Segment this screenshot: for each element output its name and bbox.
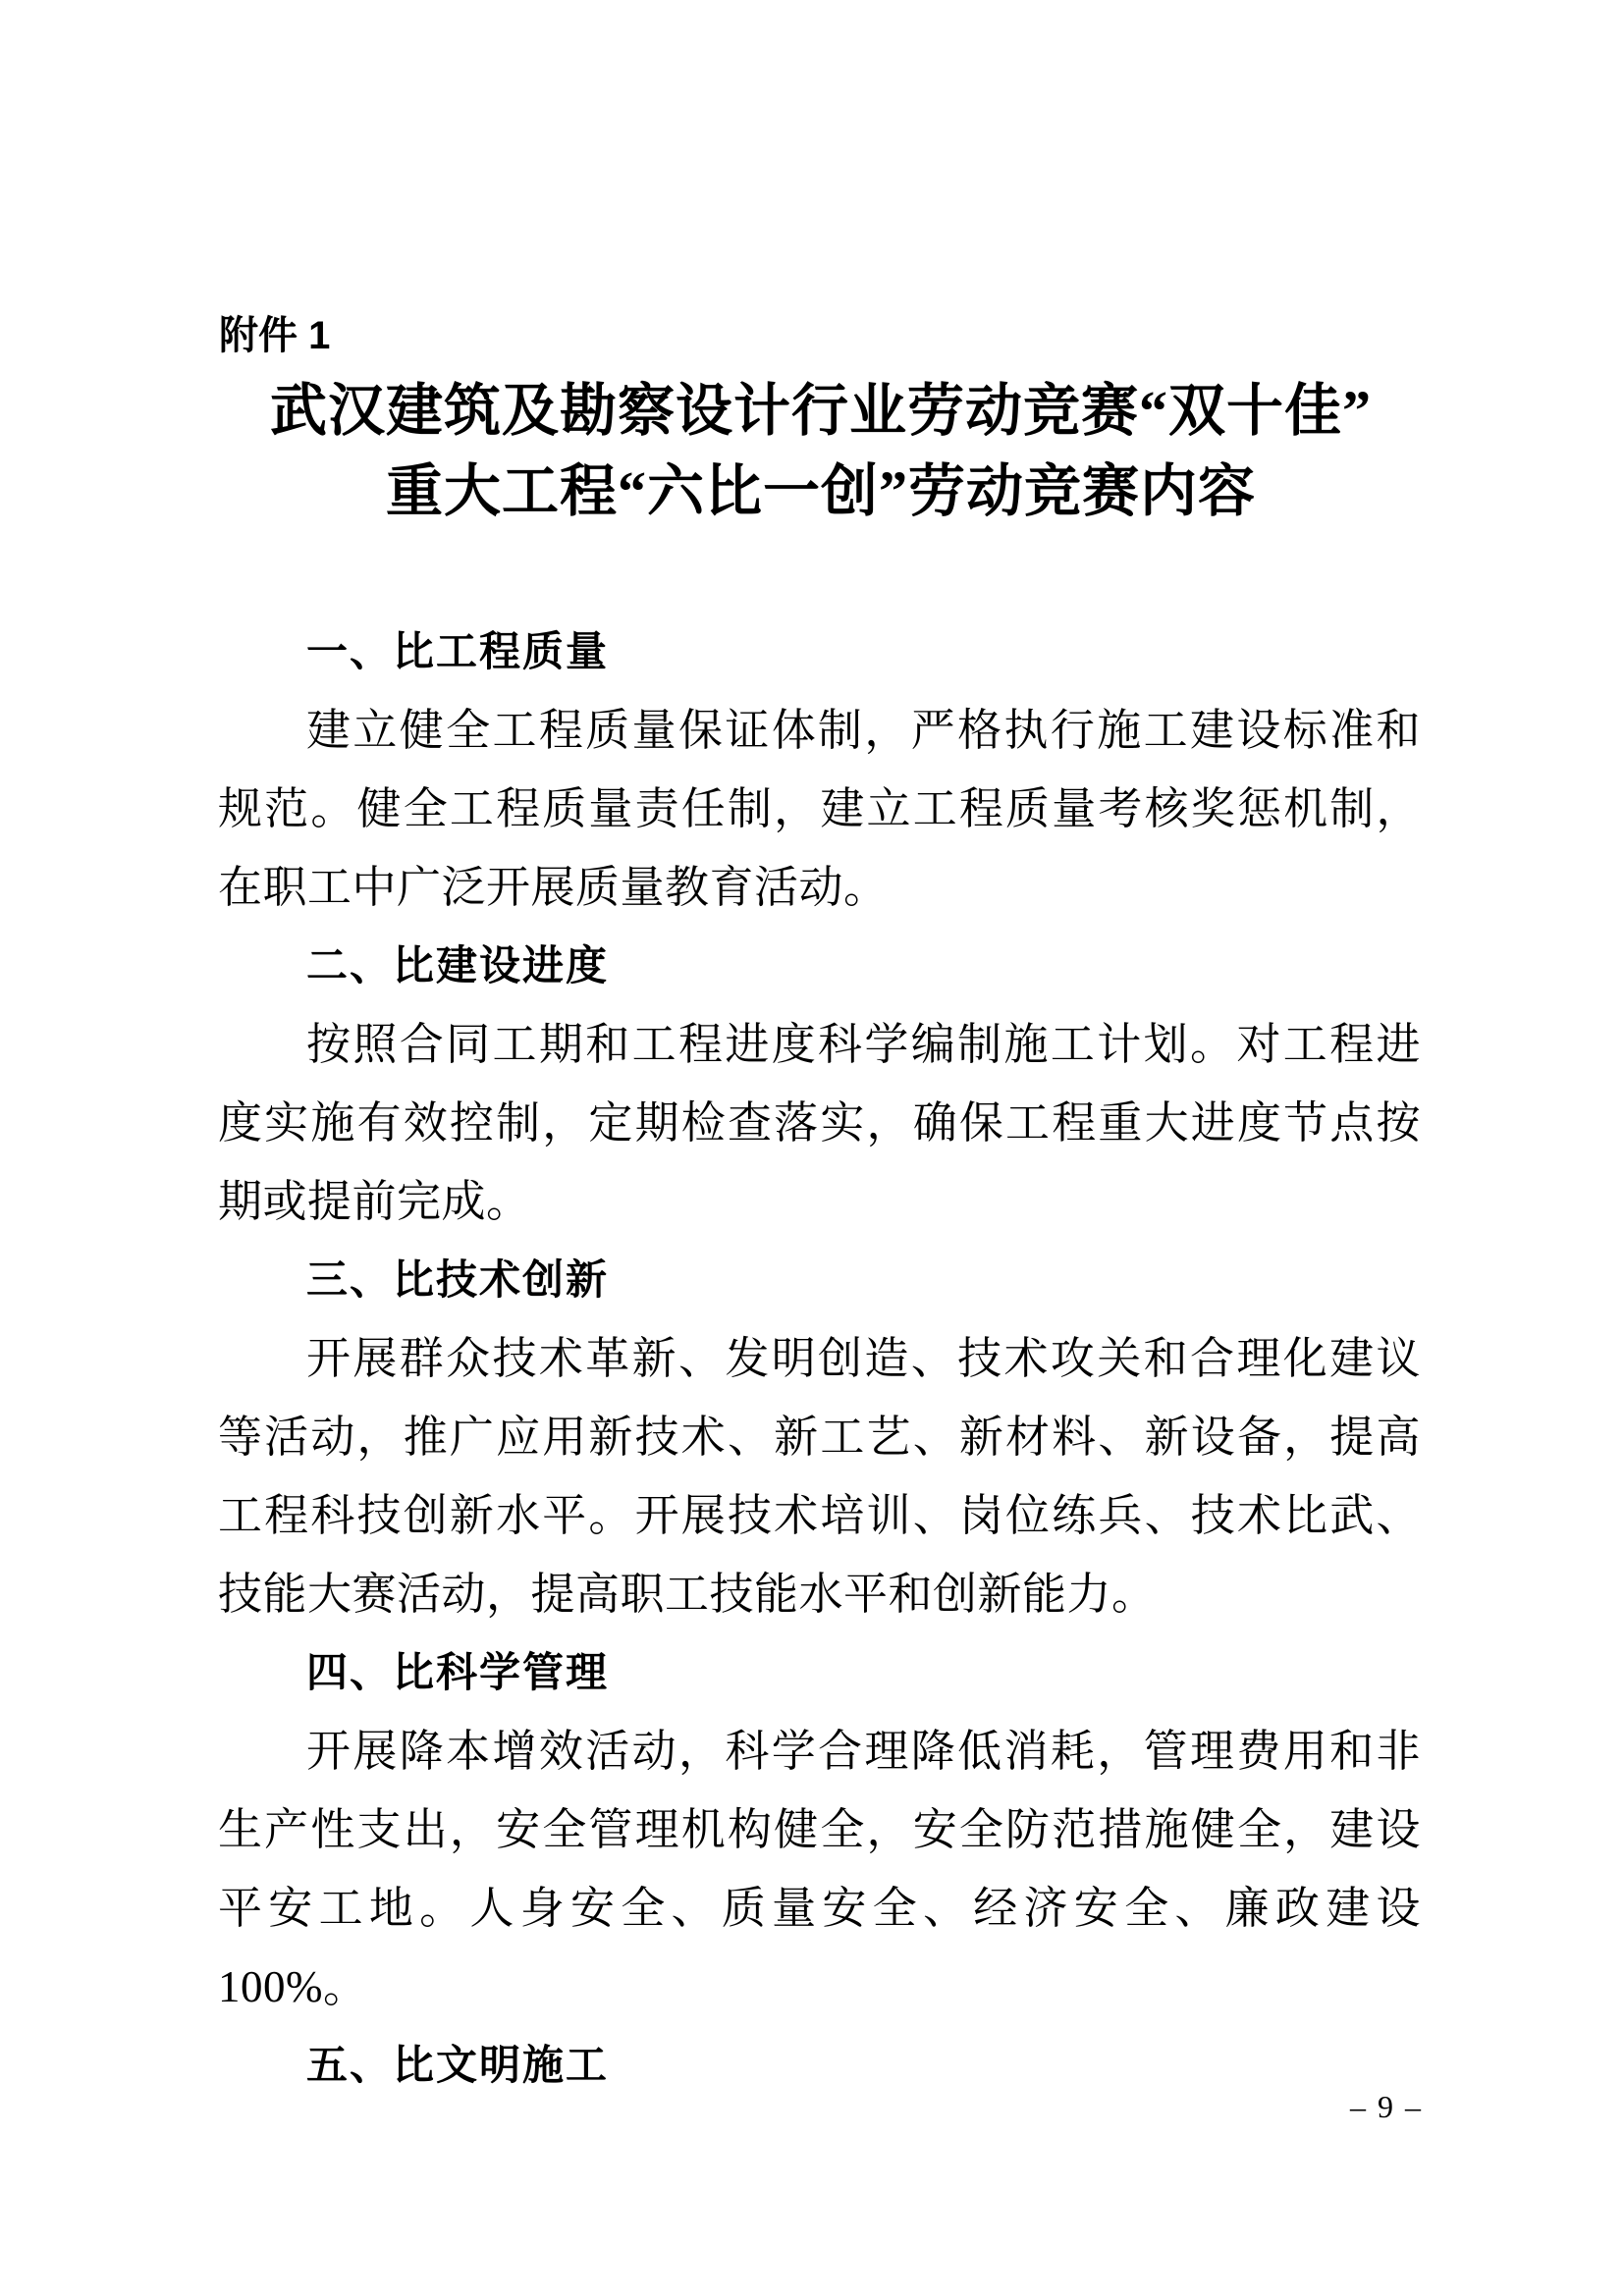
section-progress: 二、比建设进度 按照合同工期和工程进度科学编制施工计划。对工程进度实施有效控制，…: [218, 927, 1421, 1241]
section-heading-progress: 二、比建设进度: [218, 927, 1421, 1005]
document-body: 一、比工程质量 建立健全工程质量保证体制，严格执行施工建设标准和规范。健全工程质…: [218, 613, 1421, 2105]
section-heading-management: 四、比科学管理: [218, 1633, 1421, 1712]
section-paragraph-progress: 按照合同工期和工程进度科学编制施工计划。对工程进度实施有效控制，定期检查落实，确…: [218, 1005, 1421, 1241]
document-title: 武汉建筑及勘察设计行业劳动竞赛“双十佳” 重大工程“六比一创”劳动竞赛内容: [219, 371, 1423, 532]
section-paragraph-innovation: 开展群众技术革新、发明创造、技术攻关和合理化建议等活动，推广应用新技术、新工艺、…: [218, 1319, 1421, 1633]
page-number: – 9 –: [1350, 2087, 1423, 2126]
document-title-line-1: 武汉建筑及勘察设计行业劳动竞赛“双十佳”: [219, 371, 1423, 452]
section-innovation: 三、比技术创新 开展群众技术革新、发明创造、技术攻关和合理化建议等活动，推广应用…: [218, 1241, 1421, 1633]
section-quality: 一、比工程质量 建立健全工程质量保证体制，严格执行施工建设标准和规范。健全工程质…: [218, 613, 1421, 927]
section-paragraph-quality: 建立健全工程质量保证体制，严格执行施工建设标准和规范。健全工程质量责任制，建立工…: [218, 691, 1421, 927]
section-heading-civilized-construction: 五、比文明施工: [218, 2026, 1421, 2105]
section-paragraph-management: 开展降本增效活动，科学合理降低消耗，管理费用和非生产性支出，安全管理机构健全，安…: [218, 1712, 1421, 2026]
section-heading-quality: 一、比工程质量: [218, 613, 1421, 691]
attachment-label: 附件 1: [219, 316, 1423, 355]
document-title-line-2: 重大工程“六比一创”劳动竞赛内容: [219, 452, 1423, 532]
section-management: 四、比科学管理 开展降本增效活动，科学合理降低消耗，管理费用和非生产性支出，安全…: [218, 1633, 1421, 2026]
document-page: 附件 1 武汉建筑及勘察设计行业劳动竞赛“双十佳” 重大工程“六比一创”劳动竞赛…: [0, 0, 1624, 2296]
section-civilized-construction: 五、比文明施工: [218, 2026, 1421, 2105]
section-heading-innovation: 三、比技术创新: [218, 1241, 1421, 1319]
